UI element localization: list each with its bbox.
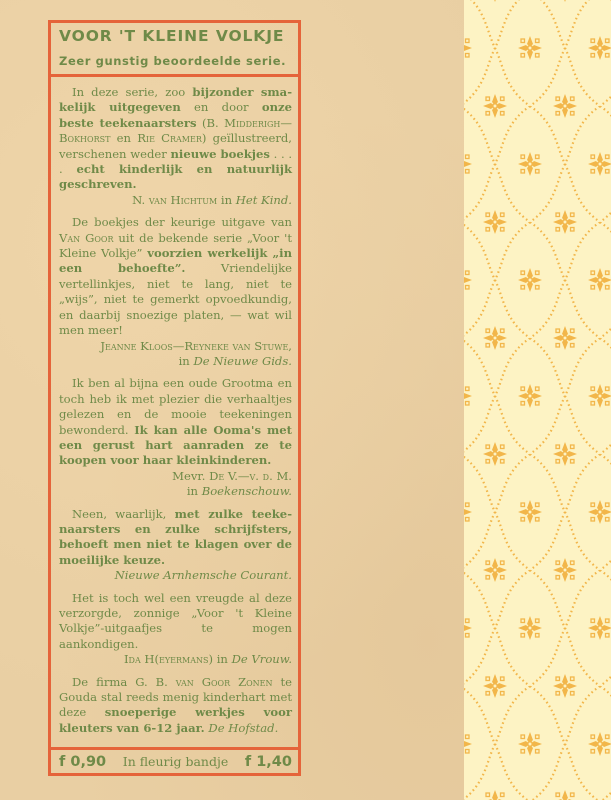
review-text: en door xyxy=(181,100,262,114)
review-text: Het is toch wel een vreugde al deze verz… xyxy=(59,591,292,651)
review-source: Mevr. De V.—v. d. M. in Boekenschouw. xyxy=(59,469,292,500)
review-quote: De boekjes der keurige uitgave van Van G… xyxy=(59,215,292,338)
price-paperback: f 0,90 xyxy=(59,754,106,770)
series-title: VOOR 'T KLEINE VOLKJE xyxy=(59,26,292,46)
review-text: De V.—v. d. M. xyxy=(209,469,292,483)
review-quote: Ik ben al bijna een oude Grootma en toch… xyxy=(59,376,292,468)
review-quote: Neen, waarlijk, met zulke teeke­naarster… xyxy=(59,507,292,569)
review-text: en xyxy=(110,131,137,145)
review-text: Het Kind. xyxy=(236,193,292,207)
review-source: Ida H(eyermans) in De Vrouw. xyxy=(59,652,292,667)
review-text: Van Goor xyxy=(59,231,113,245)
review-text: van Goor Zonen xyxy=(176,675,273,689)
series-subtitle: Zeer gunstig beoordeelde serie. xyxy=(59,52,292,70)
price-row: f 0,90 In fleurig bandje f 1,40 xyxy=(51,747,298,773)
book-back-cover: VOOR 'T KLEINE VOLKJE Zeer gunstig beoor… xyxy=(0,0,611,800)
review-quote: In deze serie, zoo bijzonder sma­kelijk … xyxy=(59,85,292,193)
review-text: in xyxy=(217,193,236,207)
review-item: In deze serie, zoo bijzonder sma­kelijk … xyxy=(59,85,292,208)
review-item: Ik ben al bijna een oude Grootma en toch… xyxy=(59,376,292,499)
review-source: N. van Hichtum in Het Kind. xyxy=(59,193,292,208)
price-bound-label: In fleurig bandje xyxy=(123,754,228,769)
review-text: De Vrouw. xyxy=(232,652,292,666)
review-box: VOOR 'T KLEINE VOLKJE Zeer gunstig beoor… xyxy=(48,20,301,776)
review-text: Ida H(eyermans) xyxy=(124,652,213,666)
review-text: ( xyxy=(197,116,207,130)
review-text: nieuwe boekjes xyxy=(171,147,270,161)
review-text: De Nieuwe Gids. xyxy=(193,354,292,368)
review-source: Nieuwe Arnhemsche Courant. xyxy=(59,568,292,583)
review-text: echt kinderlijk en natuurlijk geschreven… xyxy=(59,162,292,191)
price-bound: f 1,40 xyxy=(245,754,292,770)
review-text: Mevr. xyxy=(172,469,209,483)
review-item: De boekjes der keurige uitgave van Van G… xyxy=(59,215,292,369)
review-item: Neen, waarlijk, met zulke teeke­naarster… xyxy=(59,507,292,584)
review-text: Jeanne Kloos—Reyneke van Stuwe, xyxy=(100,339,292,353)
review-text: in xyxy=(213,652,232,666)
review-text: N. xyxy=(132,193,149,207)
review-text: Nieuwe Arnhemsche Courant. xyxy=(115,568,292,582)
review-quote: Het is toch wel een vreugde al deze verz… xyxy=(59,591,292,653)
decorative-floral-pattern xyxy=(464,0,611,800)
review-text: In deze serie, zoo xyxy=(72,85,192,99)
review-text: De Hofstad. xyxy=(208,721,278,735)
review-text: Neen, waarlijk, xyxy=(72,507,175,521)
review-source-text: in xyxy=(179,354,194,368)
review-text: bijzonder xyxy=(192,85,253,99)
review-quote: De firma G. B. van Goor Zonen te Gouda s… xyxy=(59,675,292,737)
review-item: Het is toch wel een vreugde al deze verz… xyxy=(59,591,292,668)
review-item: De firma G. B. van Goor Zonen te Gouda s… xyxy=(59,675,292,737)
review-text: van Hichtum xyxy=(149,193,217,207)
press-reviews: In deze serie, zoo bijzonder sma­kelijk … xyxy=(51,77,298,747)
review-text: De boekjes der keurige uitgave van xyxy=(72,215,292,229)
review-source-text: in xyxy=(187,484,202,498)
review-text: Boekenschouw. xyxy=(202,484,292,498)
review-source: Jeanne Kloos—Reyneke van Stuwe, in De Ni… xyxy=(59,339,292,370)
series-header: VOOR 'T KLEINE VOLKJE Zeer gunstig beoor… xyxy=(51,23,298,77)
review-text: De firma G. B. xyxy=(72,675,176,689)
review-text: Rie Cramer xyxy=(137,131,202,145)
